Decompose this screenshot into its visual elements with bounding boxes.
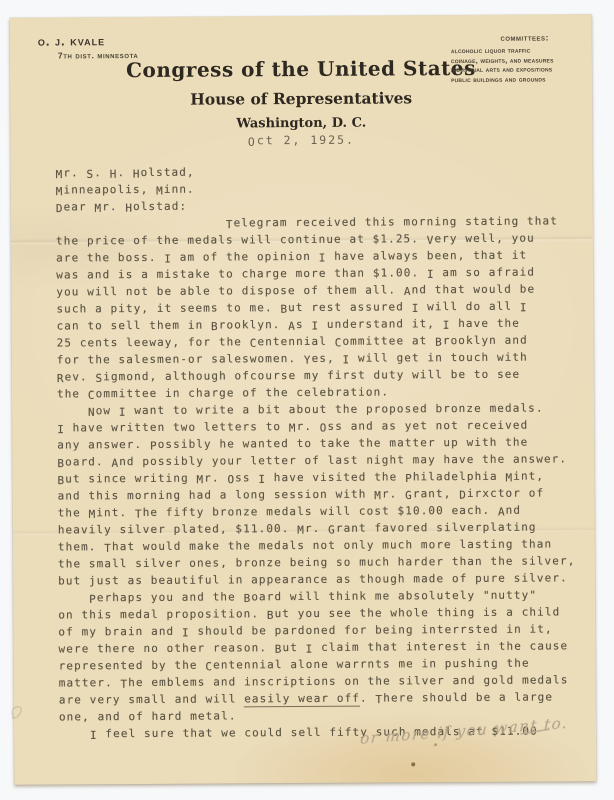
sender-name: O. J. Kvale bbox=[38, 33, 139, 49]
typed-line: But since writing Mr. Oss I have visited… bbox=[57, 467, 592, 487]
scanned-letter-background: { "letterhead": { "sender_name": "O. J. … bbox=[0, 0, 614, 800]
letter-page: O. J. Kvale 7th Dist. Minnesota Congress… bbox=[10, 14, 597, 785]
paper-speck bbox=[411, 762, 415, 766]
paper-speck bbox=[434, 743, 437, 746]
committees-block: Committees: Alcoholic Liquor TrafficCoin… bbox=[451, 32, 599, 84]
committees-label: Committees: bbox=[451, 32, 599, 43]
committee-item: Public Buildings and Grounds bbox=[451, 74, 599, 84]
letterhead-city-line: Washington, D. C. bbox=[10, 114, 592, 133]
typed-line: are very small and will easily wear off.… bbox=[59, 688, 594, 708]
letter-date: Oct 2, 1925. bbox=[10, 131, 592, 149]
typed-line: Rev. Sigmond, although ofcourse my first… bbox=[57, 365, 592, 385]
letterhead-house-line: House of Representatives bbox=[10, 87, 592, 110]
letter-body: Mr. S. H. Holstad,Minneapolis, Minn.Dear… bbox=[56, 161, 595, 742]
committees-list: Alcoholic Liquor TrafficCoinage, Weights… bbox=[451, 45, 599, 84]
pencil-mark-left-margin bbox=[8, 700, 38, 724]
sender-block: O. J. Kvale 7th Dist. Minnesota bbox=[38, 33, 139, 61]
